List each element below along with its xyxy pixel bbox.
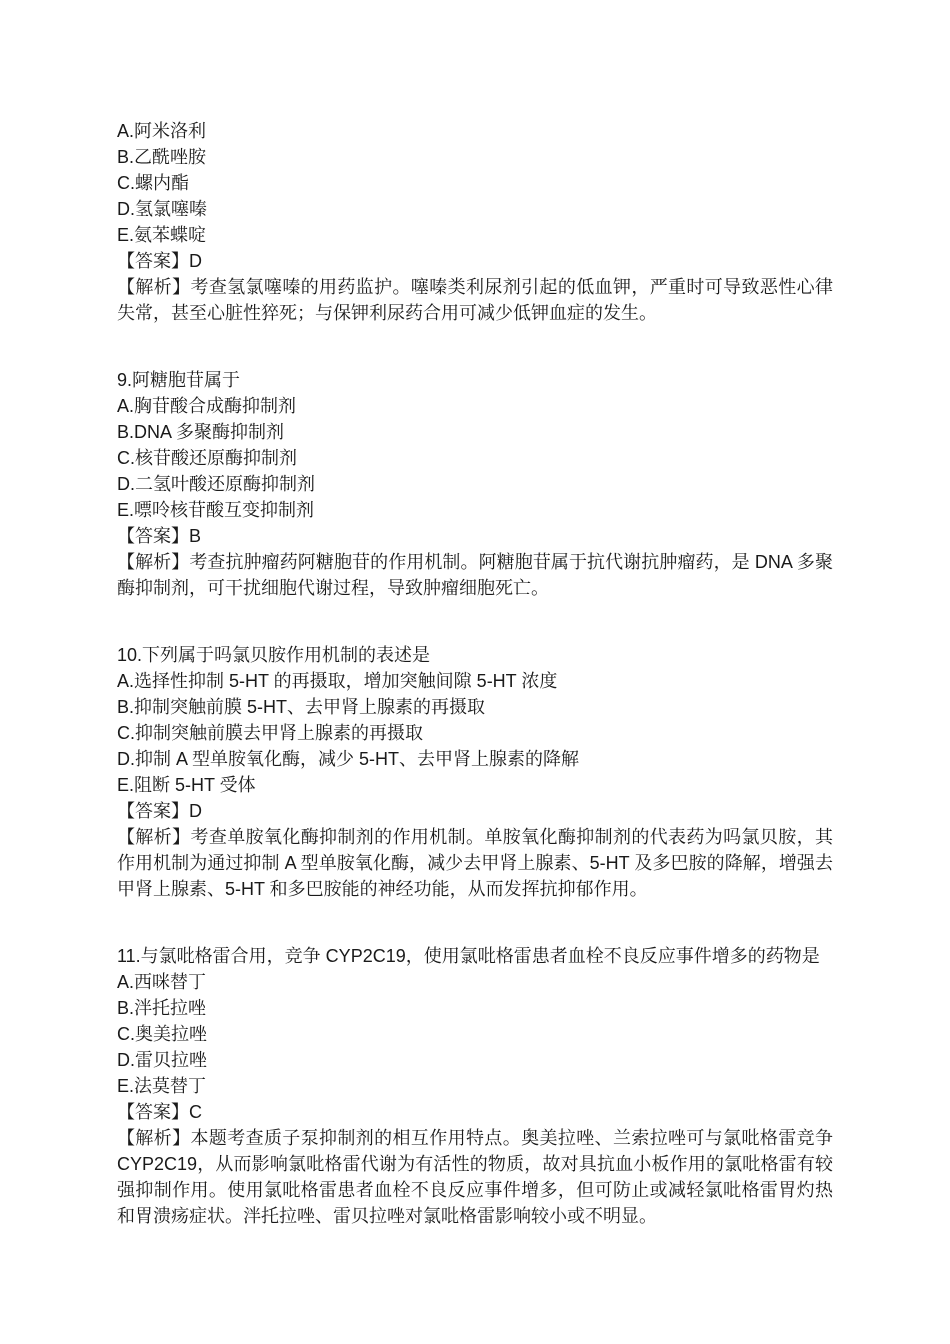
analysis-paragraph: 【解析】考查氢氯噻嗪的用药监护。噻嗪类利尿剂引起的低血钾，严重时可导致恶性心律失…: [117, 274, 833, 326]
analysis-text: 考查单胺氧化酶抑制剂的作用机制。单胺氧化酶抑制剂的代表药为吗氯贝胺，其作用机制为…: [117, 827, 833, 899]
analysis-text: 考查抗肿瘤药阿糖胞苷的作用机制。阿糖胞苷属于抗代谢抗肿瘤药，是 DNA 多聚酶抑…: [117, 552, 833, 598]
answer-value: D: [189, 251, 202, 271]
option-line: E.嘌呤核苷酸互变抑制剂: [117, 497, 833, 523]
option-line: E.阻断 5-HT 受体: [117, 772, 833, 798]
analysis-label: 【解析】: [117, 1128, 190, 1148]
analysis-label: 【解析】: [117, 827, 190, 847]
analysis-label: 【解析】: [117, 277, 190, 297]
option-line: A.选择性抑制 5-HT 的再摄取，增加突触间隙 5-HT 浓度: [117, 668, 833, 694]
option-line: D.二氢叶酸还原酶抑制剂: [117, 471, 833, 497]
option-line: D.抑制 A 型单胺氧化酶，减少 5-HT、去甲肾上腺素的降解: [117, 746, 833, 772]
analysis-text: 本题考查质子泵抑制剂的相互作用特点。奥美拉唑、兰索拉唑可与氯吡格雷竞争 CYP2…: [117, 1128, 833, 1226]
questions-list: A.阿米洛利 B.乙酰唑胺 C.螺内酯 D.氢氯噻嗪 E.氨苯蝶啶 【答案】D …: [117, 118, 833, 1229]
option-line: B.抑制突触前膜 5-HT、去甲肾上腺素的再摄取: [117, 694, 833, 720]
question-block: 10.下列属于吗氯贝胺作用机制的表述是 A.选择性抑制 5-HT 的再摄取，增加…: [117, 642, 833, 902]
answer-value: D: [189, 801, 202, 821]
options-list: A.西咪替丁 B.泮托拉唑 C.奥美拉唑 D.雷贝拉唑 E.法莫替丁: [117, 969, 833, 1099]
answer-value: B: [189, 526, 201, 546]
option-line: C.核苷酸还原酶抑制剂: [117, 445, 833, 471]
question-stem: 11.与氯吡格雷合用，竞争 CYP2C19，使用氯吡格雷患者血栓不良反应事件增多…: [117, 943, 833, 969]
answer-line: 【答案】D: [117, 248, 833, 274]
option-line: B.DNA 多聚酶抑制剂: [117, 419, 833, 445]
option-line: E.法莫替丁: [117, 1073, 833, 1099]
option-line: D.氢氯噻嗪: [117, 196, 833, 222]
option-line: C.奥美拉唑: [117, 1021, 833, 1047]
answer-line: 【答案】D: [117, 798, 833, 824]
options-list: A.胸苷酸合成酶抑制剂 B.DNA 多聚酶抑制剂 C.核苷酸还原酶抑制剂 D.二…: [117, 393, 833, 523]
option-line: A.胸苷酸合成酶抑制剂: [117, 393, 833, 419]
analysis-paragraph: 【解析】本题考查质子泵抑制剂的相互作用特点。奥美拉唑、兰索拉唑可与氯吡格雷竞争 …: [117, 1125, 833, 1229]
question-block: A.阿米洛利 B.乙酰唑胺 C.螺内酯 D.氢氯噻嗪 E.氨苯蝶啶 【答案】D …: [117, 118, 833, 326]
answer-label: 【答案】: [117, 251, 189, 271]
answer-label: 【答案】: [117, 526, 189, 546]
analysis-paragraph: 【解析】考查单胺氧化酶抑制剂的作用机制。单胺氧化酶抑制剂的代表药为吗氯贝胺，其作…: [117, 824, 833, 902]
options-list: A.选择性抑制 5-HT 的再摄取，增加突触间隙 5-HT 浓度 B.抑制突触前…: [117, 668, 833, 798]
answer-line: 【答案】B: [117, 523, 833, 549]
analysis-paragraph: 【解析】考查抗肿瘤药阿糖胞苷的作用机制。阿糖胞苷属于抗代谢抗肿瘤药，是 DNA …: [117, 549, 833, 601]
analysis-label: 【解析】: [117, 552, 189, 572]
option-line: C.螺内酯: [117, 170, 833, 196]
question-stem: 9.阿糖胞苷属于: [117, 367, 833, 393]
answer-label: 【答案】: [117, 801, 189, 821]
answer-label: 【答案】: [117, 1102, 189, 1122]
answer-line: 【答案】C: [117, 1099, 833, 1125]
answer-value: C: [189, 1102, 202, 1122]
option-line: E.氨苯蝶啶: [117, 222, 833, 248]
option-line: B.泮托拉唑: [117, 995, 833, 1021]
question-block: 9.阿糖胞苷属于 A.胸苷酸合成酶抑制剂 B.DNA 多聚酶抑制剂 C.核苷酸还…: [117, 367, 833, 601]
question-stem: 10.下列属于吗氯贝胺作用机制的表述是: [117, 642, 833, 668]
option-line: A.西咪替丁: [117, 969, 833, 995]
option-line: B.乙酰唑胺: [117, 144, 833, 170]
question-block: 11.与氯吡格雷合用，竞争 CYP2C19，使用氯吡格雷患者血栓不良反应事件增多…: [117, 943, 833, 1229]
option-line: D.雷贝拉唑: [117, 1047, 833, 1073]
option-line: C.抑制突触前膜去甲肾上腺素的再摄取: [117, 720, 833, 746]
options-list: A.阿米洛利 B.乙酰唑胺 C.螺内酯 D.氢氯噻嗪 E.氨苯蝶啶: [117, 118, 833, 248]
analysis-text: 考查氢氯噻嗪的用药监护。噻嗪类利尿剂引起的低血钾，严重时可导致恶性心律失常，甚至…: [117, 277, 833, 323]
option-line: A.阿米洛利: [117, 118, 833, 144]
